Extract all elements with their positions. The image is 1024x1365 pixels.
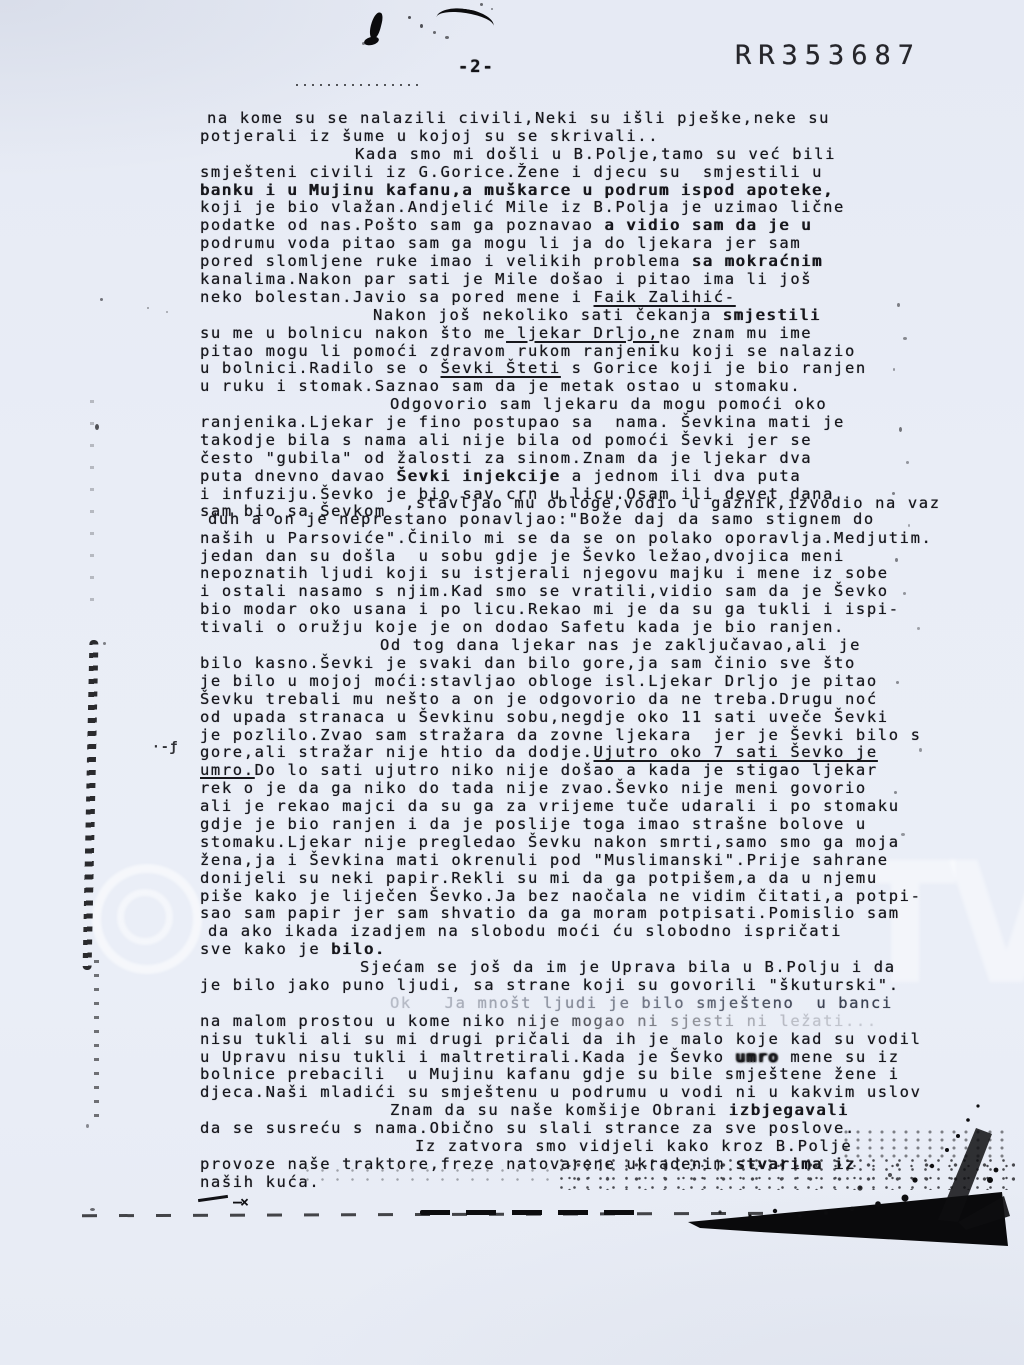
text-line: bio modar oko usana i po licu.Rekao mi j…: [200, 601, 980, 619]
text-line: banku i u Mujinu kafanu,a muškarce u pod…: [200, 182, 980, 200]
text-line: smješteni civili iz G.Gorice.Žene i djec…: [200, 164, 980, 182]
text-line: sao sam papir jer sam shvatio da ga mora…: [200, 905, 980, 923]
text-line: su me u bolnicu nakon što me ljekar Drlj…: [200, 325, 980, 343]
ink-speck: [908, 524, 910, 527]
text-line: i ostali nasamo s njim.Kad smo se vratil…: [200, 583, 980, 601]
ink-streak: [90, 400, 94, 620]
text-line: neko bolestan.Javio sa pored mene i Faik…: [200, 289, 980, 307]
text-line: podatke od nas.Pošto sam ga poznavao a v…: [200, 217, 980, 235]
text-line: puta dnevno davao Ševki injekcije a jedn…: [200, 468, 980, 486]
text-line: jedan dan su došla u sobu gdje je Ševko …: [200, 548, 980, 566]
ink-speck: [917, 627, 920, 630]
text-line: Ševku trebali mu nešto a on je odgovorio…: [200, 691, 980, 709]
ink-speck: [103, 642, 106, 645]
page-number: -2-: [458, 57, 495, 77]
text-line: sve kako je bilo.: [200, 941, 980, 959]
text-line: pored slomljene ruke imao i velikih prob…: [200, 253, 980, 271]
text-line: je pozlilo.Zvao sam stražara da zovne lj…: [200, 727, 980, 745]
ink-speck: [892, 492, 895, 495]
text-line: Odgovorio sam ljekaru da mogu pomoći oko: [200, 396, 980, 414]
ink-speck: [897, 303, 900, 307]
text-line: na malom prostou u kome niko nije mogao …: [200, 1013, 980, 1031]
text-line: nisu tukli ali su mi drugi pričali da ih…: [200, 1031, 980, 1049]
ink-speck: [166, 311, 168, 313]
ink-speck: [893, 368, 895, 371]
text-line: rek o je da ga niko do tada nije zvao.Še…: [200, 780, 980, 798]
text-line: ranjenika.Ljekar je fino postupao sa nam…: [200, 414, 980, 432]
text-line: umro.Do lo sati ujutro niko nije došao a…: [200, 762, 980, 780]
text-line: u ruku i stomak.Saznao sam da je metak o…: [200, 378, 980, 396]
text-line: bilo kasno.Ševki je svaki dan bilo gore,…: [200, 655, 980, 673]
ink-speck: [491, 8, 493, 10]
text-line: stomaku.Ljekar nije pregledao Ševku nako…: [200, 834, 980, 852]
ink-speck: [894, 791, 897, 794]
text-line: često "gubila" od žalosti za sinom.Znam …: [200, 450, 980, 468]
text-line: Sjećam se još da im je Uprava bila u B.P…: [200, 959, 980, 977]
ink-speck: [100, 298, 103, 301]
text-line: od upada stranaca u Ševkinu sobu,negdje …: [200, 709, 980, 727]
text-line: je bilo jako puno ljudi, sa strane koji …: [200, 977, 980, 995]
ink-speck: [480, 3, 483, 6]
text-line: potjerali iz šume u kojoj su se skrivali…: [200, 128, 980, 146]
ink-smudge: [368, 11, 384, 40]
ink-speck: [95, 424, 99, 430]
text-line: nepoznatih ljudi koji su istjerali njego…: [200, 565, 980, 583]
ink-dotted-row: [296, 84, 424, 86]
text-line: Nakon još nekoliko sati čekanja smjestil…: [200, 307, 980, 325]
text-line: podrumu voda pitao sam ga mogu li ja do …: [200, 235, 980, 253]
text-line: Kada smo mi došli u B.Polje,tamo su već …: [200, 146, 980, 164]
ink-speck: [906, 461, 909, 464]
ink-speck: [903, 337, 907, 340]
ink-speck: [445, 36, 449, 39]
overstruck-lines: i infuziju.Ševko je bio sav crn u licu.O…: [200, 486, 980, 530]
reference-stamp: RR353687: [735, 40, 921, 71]
ink-smudge: [434, 5, 495, 40]
text-line: u bolnici.Radilo se o Ševki Šteti s Gori…: [200, 360, 980, 378]
ink-speck: [147, 307, 149, 309]
ink-speck: [899, 427, 902, 432]
text-line: gore,ali stražar nije htio da dodje.Ujut…: [200, 744, 980, 762]
text-line: Ok Ja mnošt ljudi je bilo smješteno u ba…: [200, 995, 980, 1013]
ink-speck: [901, 833, 905, 836]
watermark-copyright-inner-icon: [117, 889, 173, 945]
scanned-document-page: RR353687 -2- TV na kome su se nalazili c…: [0, 0, 1024, 1365]
text-line: koji je bio vlažan.Andjelić Mile iz B.Po…: [200, 199, 980, 217]
ink-speck: [903, 592, 906, 595]
ink-blot: [0, 1080, 1024, 1365]
text-line: naših u Parsoviće".Činilo mi se da se on…: [200, 530, 980, 548]
text-line: na kome su se nalazili civili,Neki su iš…: [200, 110, 980, 128]
ink-speck: [919, 748, 922, 752]
ink-smudge: [363, 35, 379, 46]
text-line: gdje je bio ranjen i da je poslije toga …: [200, 816, 980, 834]
ink-mark: [152, 740, 178, 755]
ink-speck: [896, 681, 899, 684]
text-line: Od tog dana ljekar nas je zaključavao,al…: [200, 637, 980, 655]
ink-speck: [362, 42, 365, 45]
document-text: na kome su se nalazili civili,Neki su iš…: [200, 110, 980, 1192]
ink-speck: [408, 16, 411, 19]
text-line: ali je rekao majci da su ga za vrijeme t…: [200, 798, 980, 816]
text-line: takodje bila s nama ali nije bila od pom…: [200, 432, 980, 450]
text-line: da ako ikada izadjem na slobodu moći ću …: [200, 923, 980, 941]
text-line: je bilo u mojoj moći:stavljao obloge isl…: [200, 673, 980, 691]
ink-speck: [420, 24, 423, 28]
text-line: donijeli su neki papir.Rekli su mi da ga…: [200, 870, 980, 888]
text-line: kanalima.Nakon par sati je Mile došao i …: [200, 271, 980, 289]
ink-speck: [433, 31, 436, 34]
text-line: u Upravu nisu tukli i maltretirali.Kada …: [200, 1049, 980, 1067]
text-line: tivali o oružju koje je on dodao Safetu …: [200, 619, 980, 637]
text-line: piše kako je liječen Ševko.Ja bez naočal…: [200, 888, 980, 906]
ink-speck: [895, 558, 898, 562]
text-line: pitao mogu li pomoći zdravom rukom ranje…: [200, 343, 980, 361]
text-line: žena,ja i Ševkina mati okrenuli pod "Mus…: [200, 852, 980, 870]
